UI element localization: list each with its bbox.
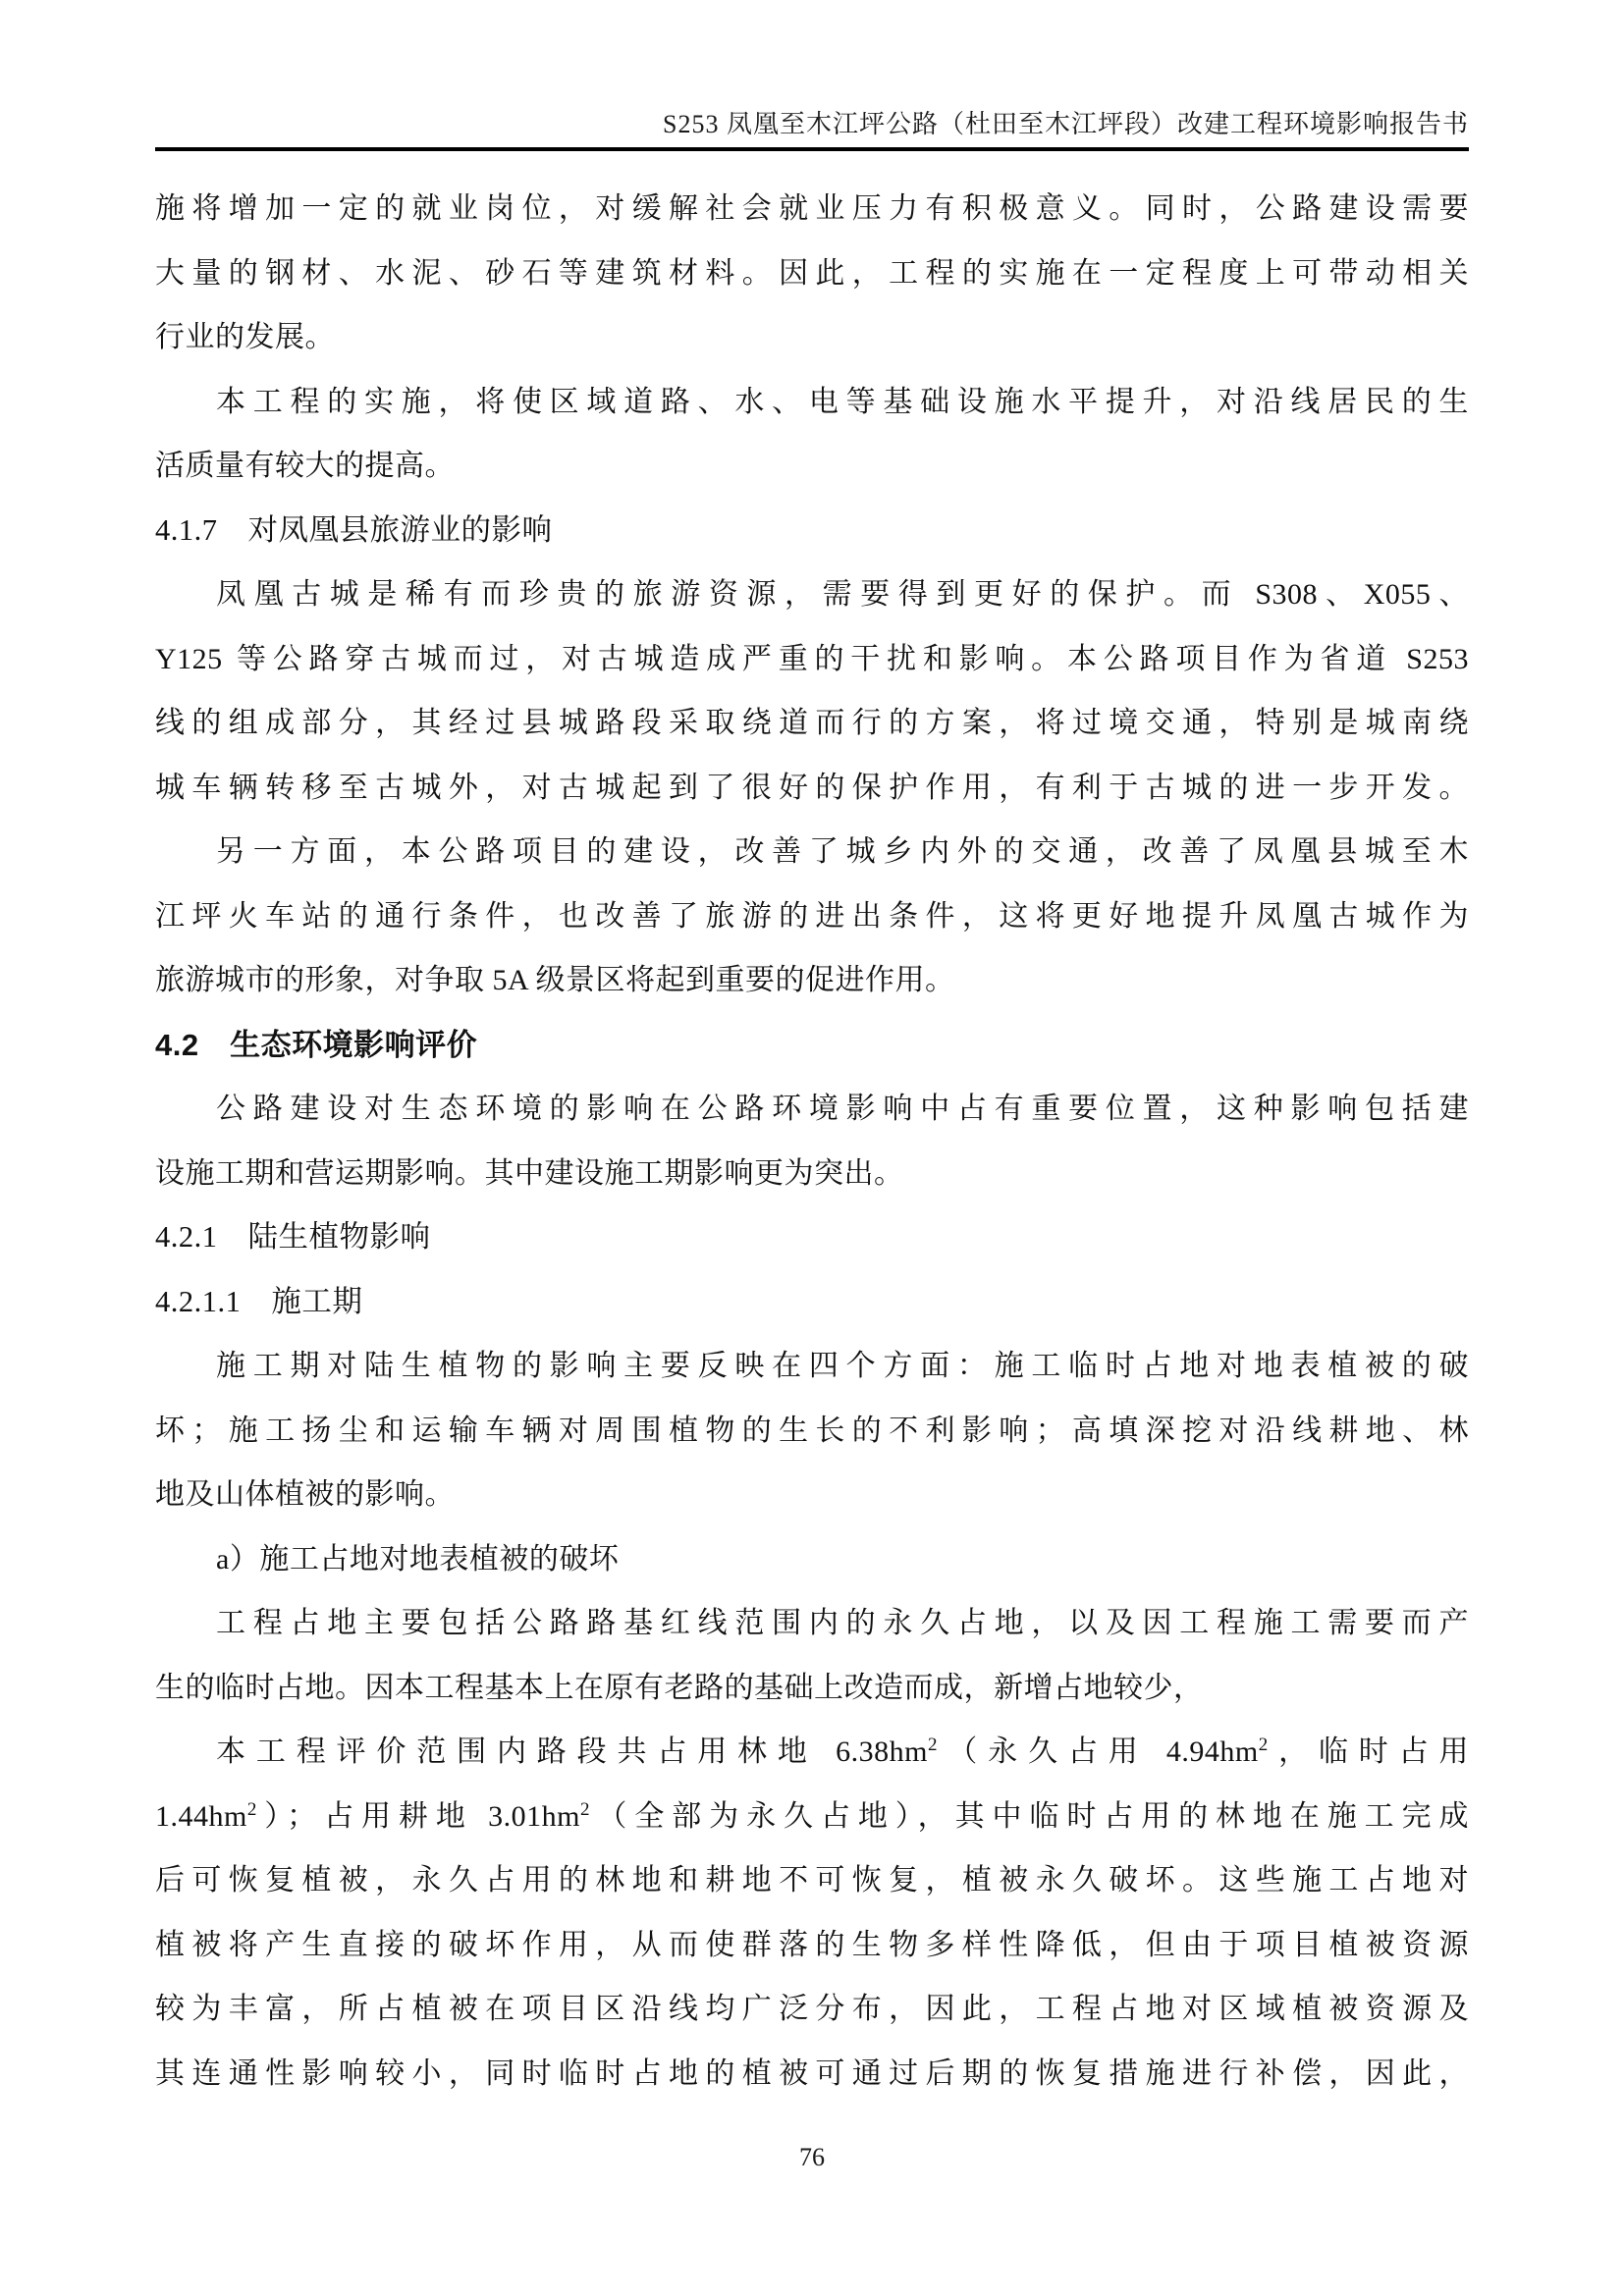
text-line: 旅游城市的形象，对争取 5A 级景区将起到重要的促进作用。: [155, 948, 1469, 1013]
text-line: 工程占地主要包括公路路基红线范围内的永久占地，以及因工程施工需要而产: [155, 1591, 1469, 1656]
text-line: 公路建设对生态环境的影响在公路环境影响中占有重要位置，这种影响包括建: [155, 1077, 1469, 1142]
header-title: S253 凤凰至木江坪公路（杜田至木江坪段）改建工程环境影响报告书: [155, 110, 1469, 139]
text-line: 活质量有较大的提高。: [155, 434, 1469, 499]
text-line: 设施工期和营运期影响。其中建设施工期影响更为突出。: [155, 1142, 1469, 1206]
section-heading: 4.2 生态环境影响评价: [155, 1013, 1469, 1078]
text-line: Y125 等公路穿古城而过，对古城造成严重的干扰和影响。本公路项目作为省道 S2…: [155, 627, 1469, 692]
section-heading: 4.2.1.1 施工期: [155, 1270, 1469, 1335]
text-line: 生的临时占地。因本工程基本上在原有老路的基础上改造而成，新增占地较少，: [155, 1656, 1469, 1721]
text-line: 本工程的实施，将使区域道路、水、电等基础设施水平提升，对沿线居民的生: [155, 370, 1469, 435]
text-line: 线的组成部分，其经过县城路段采取绕道而行的方案，将过境交通，特别是城南绕: [155, 691, 1469, 756]
text-line: 另一方面，本公路项目的建设，改善了城乡内外的交通，改善了凤凰县城至木: [155, 820, 1469, 884]
text-line: 大量的钢材、水泥、砂石等建筑材料。因此，工程的实施在一定程度上可带动相关: [155, 241, 1469, 306]
text-line: 本工程评价范围内路段共占用林地 6.38hm2（永久占用 4.94hm2，临时占…: [155, 1720, 1469, 1785]
text-line: 凤凰古城是稀有而珍贵的旅游资源，需要得到更好的保护。而 S308、X055、: [155, 562, 1469, 627]
text-line: 江坪火车站的通行条件，也改善了旅游的进出条件，这将更好地提升凤凰古城作为: [155, 884, 1469, 949]
text-line: 城车辆转移至古城外，对古城起到了很好的保护作用，有利于古城的进一步开发。: [155, 756, 1469, 821]
page-number: 76: [799, 2143, 825, 2171]
text-line: 后可恢复植被，永久占用的林地和耕地不可恢复，植被永久破坏。这些施工占地对: [155, 1848, 1469, 1913]
text-line: 行业的发展。: [155, 305, 1469, 370]
document-page: S253 凤凰至木江坪公路（杜田至木江坪段）改建工程环境影响报告书 施将增加一定…: [0, 0, 1624, 2296]
text-line: 施将增加一定的就业岗位，对缓解社会就业压力有积极意义。同时，公路建设需要: [155, 177, 1469, 241]
text-line: 较为丰富，所占植被在项目区沿线均广泛分布，因此，工程占地对区域植被资源及: [155, 1977, 1469, 2042]
section-heading: 4.1.7 对凤凰县旅游业的影响: [155, 499, 1469, 563]
text-line: 坏；施工扬尘和运输车辆对周围植物的生长的不利影响；高填深挖对沿线耕地、林: [155, 1399, 1469, 1464]
text-line: 地及山体植被的影响。: [155, 1463, 1469, 1527]
section-heading: 4.2.1 陆生植物影响: [155, 1205, 1469, 1270]
text-line: 其连通性影响较小，同时临时占地的植被可通过后期的恢复措施进行补偿，因此，: [155, 2042, 1469, 2107]
page-header: S253 凤凰至木江坪公路（杜田至木江坪段）改建工程环境影响报告书: [155, 0, 1469, 151]
document-content: 施将增加一定的就业岗位，对缓解社会就业压力有积极意义。同时，公路建设需要大量的钢…: [155, 177, 1469, 2106]
text-line: 植被将产生直接的破坏作用，从而使群落的生物多样性降低，但由于项目植被资源: [155, 1913, 1469, 1978]
text-line: 1.44hm2）；占用耕地 3.01hm2（全部为永久占地），其中临时占用的林地…: [155, 1785, 1469, 1849]
page-footer: 76: [0, 2143, 1624, 2172]
text-line: 施工期对陆生植物的影响主要反映在四个方面：施工临时占地对地表植被的破: [155, 1334, 1469, 1399]
text-line: a）施工占地对地表植被的破坏: [155, 1527, 1469, 1592]
